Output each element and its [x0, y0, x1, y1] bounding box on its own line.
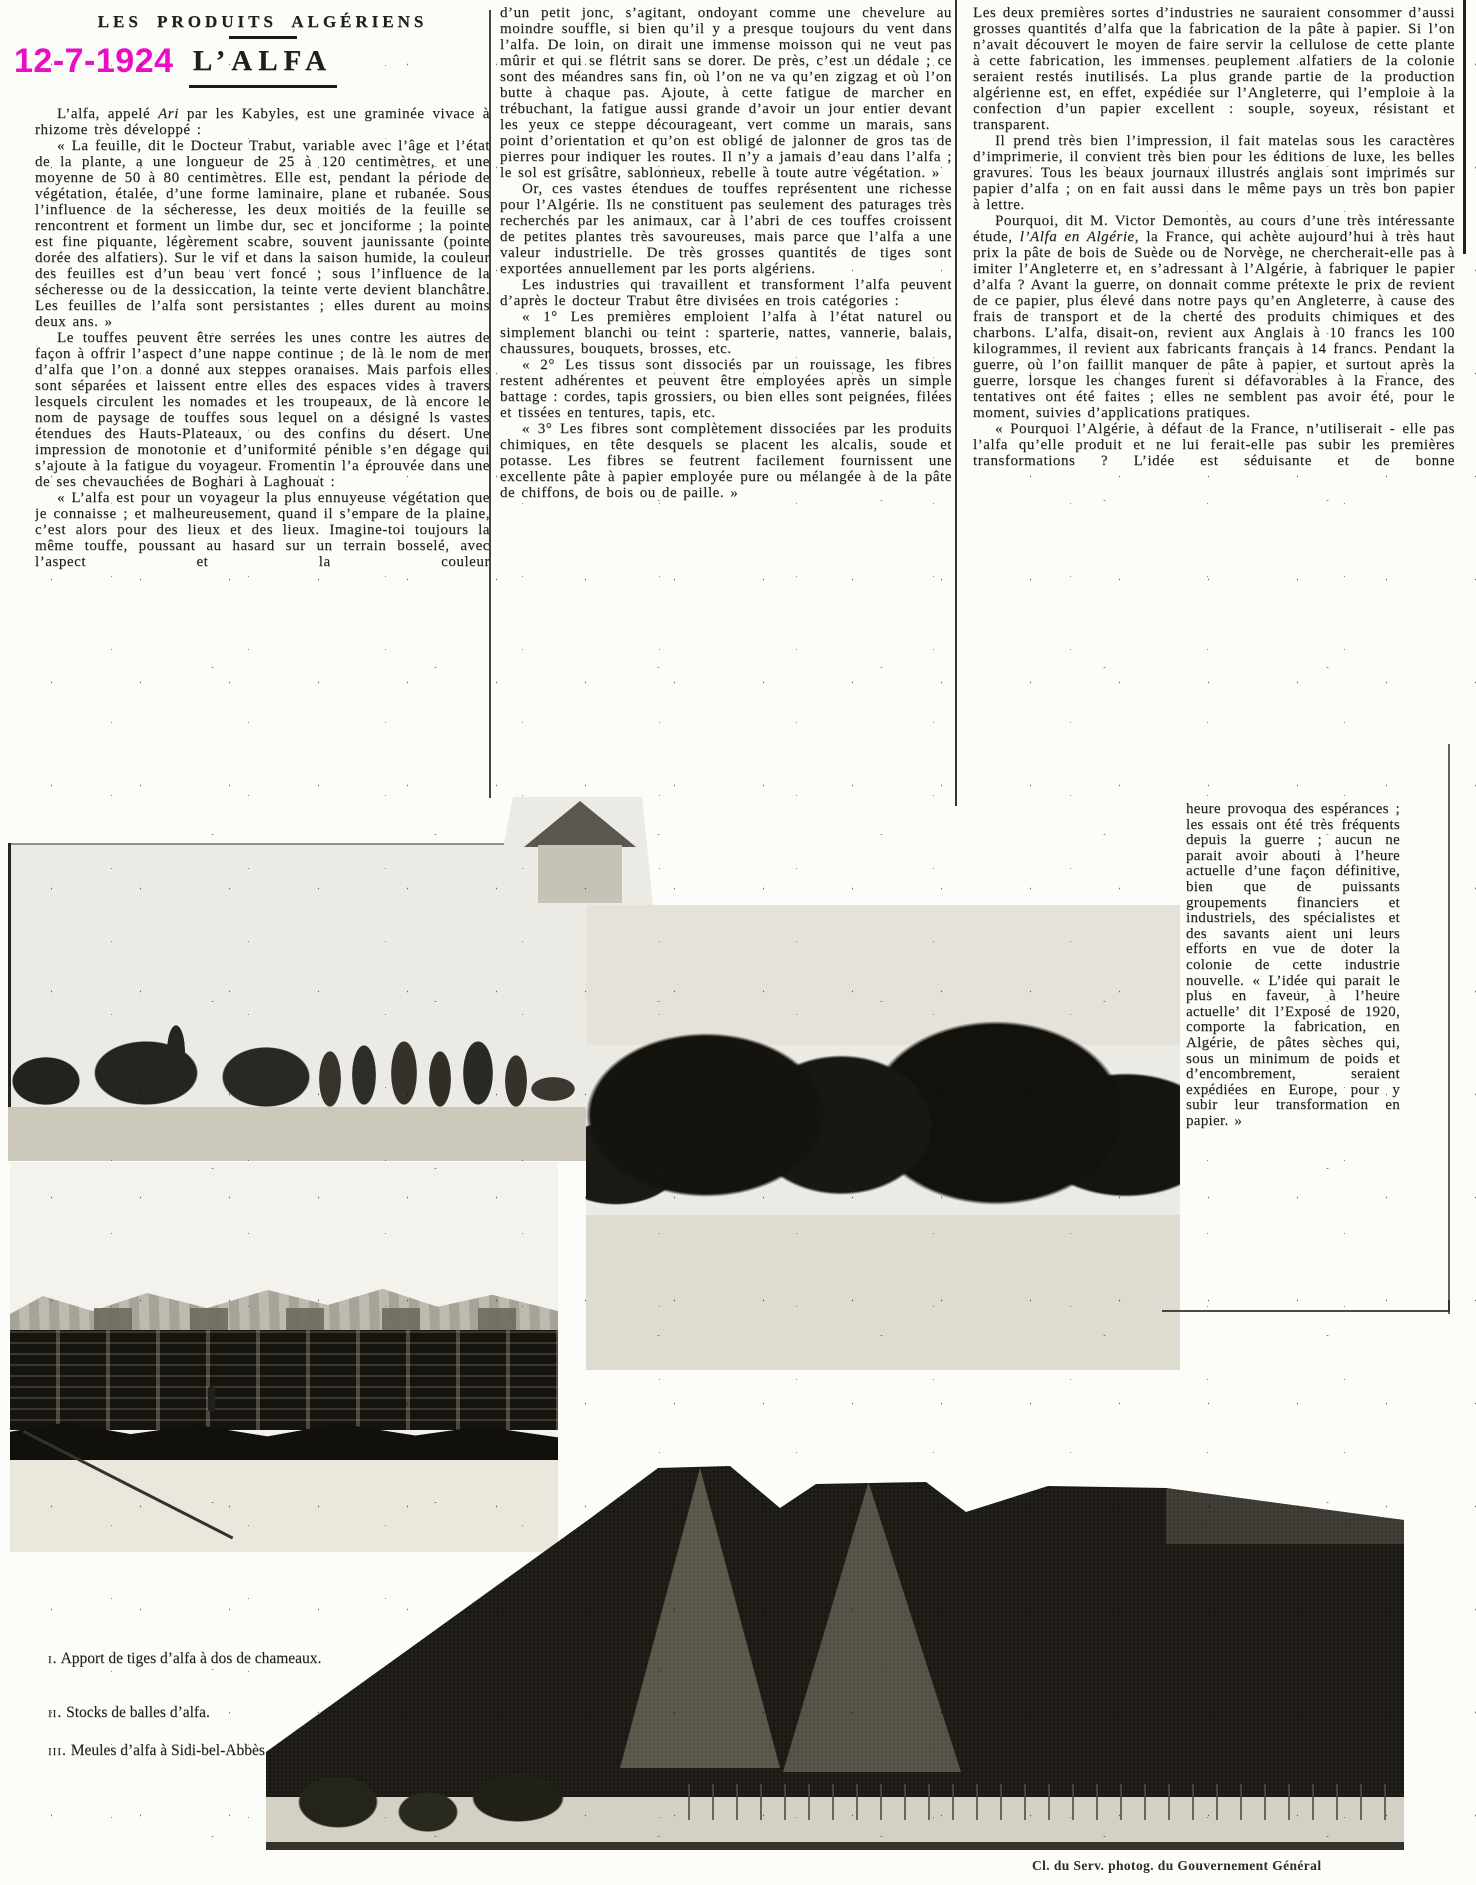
- paragraph: heure provoqua des espérances ; les essa…: [1186, 802, 1400, 1129]
- article-column-3: Les deux premières sortes d’industries n…: [973, 5, 1455, 803]
- photo-credit-line: Cl. du Serv. photog. du Gouvernement Gén…: [1032, 1858, 1322, 1874]
- shrub-shapes: [278, 1752, 578, 1842]
- article-column-1: L’alfa, appelé Ari par les Kabyles, est …: [35, 106, 490, 800]
- photo-frame-line: [8, 843, 504, 845]
- paragraph: Les industries qui travaillent et transf…: [500, 277, 952, 309]
- paragraph: Or, ces vastes étendues de touffes repré…: [500, 181, 952, 277]
- paragraph: Le touffes peuvent être serrées les unes…: [35, 330, 490, 490]
- caption-text: Meules d’alfa à Sidi-bel-Abbès.: [71, 1742, 269, 1759]
- paragraph: L’alfa, appelé Ari par les Kabyles, est …: [35, 106, 490, 138]
- paragraph: Les deux premières sortes d’industries n…: [973, 5, 1455, 133]
- caption-numeral: iii.: [48, 1742, 67, 1759]
- paragraph-text: , la France, qui achète aujourd’hui à tr…: [973, 229, 1455, 421]
- kicker-rule: [229, 36, 297, 39]
- caption-numeral: ii.: [48, 1704, 62, 1721]
- section-kicker: LES PRODUITS ALGÉRIENS: [35, 12, 490, 32]
- date-stamp: 12-7-1924: [14, 42, 174, 81]
- italic-term: Ari: [158, 106, 179, 122]
- paragraph: « 2° Les tissus sont dissociés par un ro…: [500, 357, 952, 421]
- caption-item: i. Apport de tiges d’alfa à dos de chame…: [48, 1648, 340, 1669]
- caption-numeral: i.: [48, 1650, 58, 1667]
- hut-shape: [538, 845, 622, 903]
- paragraph: Pourquoi, dit M. Victor Demontès, au cou…: [973, 213, 1455, 421]
- alfa-tuft-shapes: [586, 995, 1180, 1225]
- halftone-texture: [10, 1330, 558, 1430]
- paragraph: « 3° Les fibres sont complètement dissoc…: [500, 421, 952, 501]
- italic-title: l’Alfa en Algérie: [1020, 229, 1135, 245]
- paragraph: d’un petit jonc, s’agitant, ondoyant com…: [500, 5, 952, 181]
- caption-text: Apport de tiges d’alfa à dos de chameaux…: [61, 1650, 322, 1667]
- steppe-ground: [586, 1215, 1180, 1370]
- worker-silhouette: [208, 1386, 215, 1412]
- caption-item: iii. Meules d’alfa à Sidi-bel-Abbès.: [48, 1740, 340, 1761]
- paragraph: « La feuille, dit le Docteur Trabut, var…: [35, 138, 490, 330]
- caption-text: Stocks de balles d’alfa.: [66, 1704, 210, 1721]
- paragraph: « 1° Les premières emploient l’alfa à l’…: [500, 309, 952, 357]
- paragraph: « L’alfa est pour un voyageur la plus en…: [35, 490, 490, 570]
- narrow-column-rule: [1448, 744, 1450, 1314]
- newspaper-page: 12-7-1924 LES PRODUITS ALGÉRIENS L’ALFA …: [0, 0, 1476, 1885]
- fence-shape: [688, 1784, 1404, 1820]
- photo-bale-stocks: [10, 1162, 558, 1552]
- photo-ground: [8, 1107, 586, 1161]
- paragraph: « Pourquoi l’Algérie, à défaut de la Fra…: [973, 421, 1455, 469]
- title-rule: [189, 85, 337, 88]
- caption-item: ii. Stocks de balles d’alfa.: [48, 1702, 340, 1723]
- column-divider-2: [955, 0, 957, 806]
- article-column-2: d’un petit jonc, s’agitant, ondoyant com…: [500, 5, 952, 807]
- photo-bottom-edge: [258, 1842, 1406, 1850]
- road-surface: [10, 1460, 558, 1552]
- right-margin-rule: [1463, 0, 1466, 254]
- paragraph: Il prend très bien l’impression, il fait…: [973, 133, 1455, 213]
- article-column-3-narrow: heure provoqua des espérances ; les essa…: [1186, 802, 1400, 1314]
- paragraph-text: L’alfa, appelé: [57, 106, 158, 122]
